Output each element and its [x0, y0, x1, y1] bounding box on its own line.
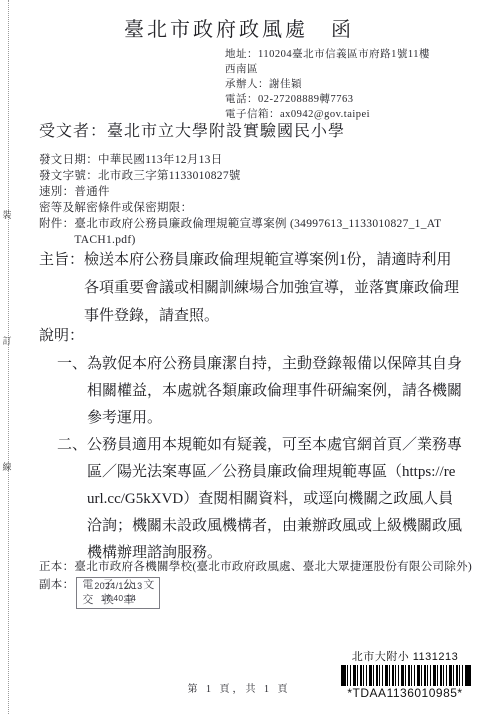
- speed-class: 速別：普通件: [39, 184, 463, 200]
- sender-phone: 電話：02-27208889轉7763: [225, 92, 430, 107]
- subject-label: 主旨：: [39, 246, 84, 330]
- subject-text: 檢送本府公務員廉政倫理規範宣導案例1份，請適時利用各項重要會議或相關訓練場合加強…: [84, 246, 459, 330]
- copies-block: 正本：臺北市政府各機關學校(臺北市政府政風處、臺北大眾捷運股份有限公司除外) 副…: [39, 559, 472, 609]
- cc-row: 副本： 電 子 公 文 交 換 章 2024/12/13 17:40:14: [39, 577, 472, 609]
- sender-address-line1: 地址：110204臺北市信義區市府路1號11樓: [225, 47, 430, 62]
- attachment-row: 附件： 臺北市政府公務員廉政倫理規範宣導案例 (34997613_1133010…: [39, 216, 463, 248]
- explanation-item-2: 二、 公務員適用本規範如有疑義，可至本處官網首頁／業務專區／陽光法案專區／公務員…: [57, 432, 469, 567]
- subject-block: 主旨： 檢送本府公務員廉政倫理規範宣導案例1份，請適時利用各項重要會議或相關訓練…: [39, 246, 459, 330]
- document-title: 臺北市政府政風處 函: [0, 13, 478, 42]
- issue-number: 發文字號：北市政三字第1133010827號: [39, 168, 463, 184]
- sender-clerk: 承辦人：謝佳穎: [225, 77, 430, 92]
- sender-info-block: 地址：110204臺北市信義區市府路1號11樓 西南區 承辦人：謝佳穎 電話：0…: [225, 47, 430, 122]
- item-text: 為敦促本府公務員廉潔自持，主動登錄報備以保障其自身相關權益，本處就各類廉政倫理事…: [87, 351, 462, 432]
- binding-mark-ding: 訂: [1, 336, 13, 346]
- explanation-items: 一、 為敦促本府公務員廉潔自持，主動登錄報備以保障其自身相關權益，本處就各類廉政…: [57, 351, 469, 567]
- binding-dotted-line: [8, 0, 9, 714]
- recipient-line: 受文者：臺北市立大學附設實驗國民小學: [39, 118, 345, 141]
- attachment-filename: 臺北市政府公務員廉政倫理規範宣導案例 (34997613_1133010827_…: [74, 216, 446, 248]
- binding-mark-zhuang: 裝: [1, 210, 13, 220]
- stamp-datetime: 2024/12/13 17:40:14: [77, 580, 159, 604]
- barcode-image: [341, 665, 471, 686]
- official-letter-page: 裝 訂 線 臺北市政府政風處 函 地址：110204臺北市信義區市府路1號11樓…: [0, 0, 478, 714]
- item-text: 公務員適用本規範如有疑義，可至本處官網首頁／業務專區／陽光法案專區／公務員廉政倫…: [87, 432, 462, 567]
- stamp-date: 2024/12/13: [94, 581, 142, 591]
- issue-date: 發文日期：中華民國113年12月13日: [39, 152, 463, 168]
- stamp-time: 17:40:14: [77, 592, 159, 604]
- security-class: 密等及解密條件或保密期限：: [39, 200, 463, 216]
- barcode-block: 北市大附小 1131213 *TDAA1136010985*: [341, 650, 469, 700]
- item-number: 一、: [57, 351, 87, 432]
- binding-mark-xian: 線: [1, 462, 13, 472]
- explanation-item-1: 一、 為敦促本府公務員廉潔自持，主動登錄報備以保障其自身相關權益，本處就各類廉政…: [57, 351, 469, 432]
- cc-label: 副本：: [39, 577, 74, 594]
- electronic-exchange-stamp: 電 子 公 文 交 換 章 2024/12/13 17:40:14: [76, 577, 160, 609]
- explanation-label: 說明：: [39, 324, 84, 345]
- attachment-label: 附件：: [39, 216, 74, 248]
- sender-address-line2: 西南區: [225, 62, 430, 77]
- item-number: 二、: [57, 432, 87, 567]
- original-copy-line: 正本：臺北市政府各機關學校(臺北市政府政風處、臺北大眾捷運股份有限公司除外): [39, 559, 472, 576]
- document-meta-block: 發文日期：中華民國113年12月13日 發文字號：北市政三字第113301082…: [39, 152, 463, 248]
- barcode-label: 北市大附小 1131213: [341, 650, 469, 664]
- barcode-value: *TDAA1136010985*: [341, 686, 469, 700]
